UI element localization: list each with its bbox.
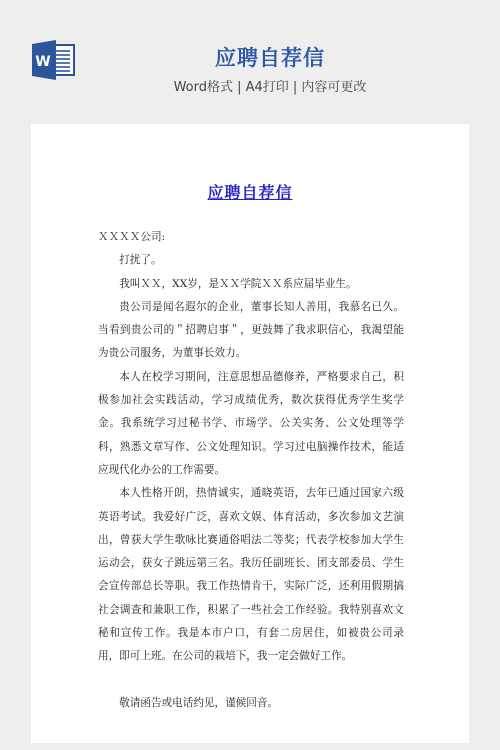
paragraph: 本人性格开朗，热情诚实，通晓英语，去年已通过国家六级英语考试。我爱好广泛，喜欢文…	[98, 482, 404, 668]
document-title: 应聘自荐信	[31, 180, 469, 203]
document-body: ＸＸＸＸ公司: 打扰了。 我叫ＸＸ，XX岁，是ＸＸ学院ＸＸ系应届毕业生。 贵公司…	[98, 226, 404, 715]
closing: 敬请函告或电话约见，谨候回音。	[98, 692, 404, 715]
page-title: 应聘自荐信	[0, 42, 500, 72]
paragraph: 打扰了。	[98, 249, 404, 272]
paragraph: 本人在校学习期间，注意思想品德修养，严格要求自己，积极参加社会实践活动，学习成绩…	[98, 366, 404, 482]
page-subtitle: Word格式 | A4打印 | 内容可更改	[0, 76, 500, 95]
salutation: ＸＸＸＸ公司:	[98, 226, 404, 249]
paragraph: 贵公司是闻名遐尔的企业，董事长知人善用，我慕名已久。当看到贵公司的＂招聘启事＂，…	[98, 296, 404, 366]
paragraph: 我叫ＸＸ，XX岁，是ＸＸ学院ＸＸ系应届毕业生。	[98, 273, 404, 296]
document-page: 应聘自荐信 ＸＸＸＸ公司: 打扰了。 我叫ＸＸ，XX岁，是ＸＸ学院ＸＸ系应届毕业…	[31, 124, 469, 743]
